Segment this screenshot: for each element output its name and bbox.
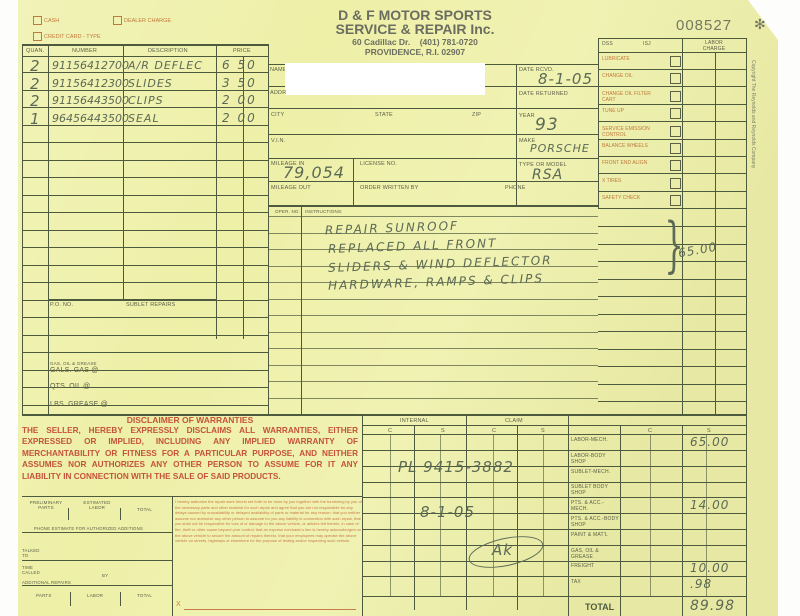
labor-charge-label: LABOR CHARGE — [696, 40, 732, 52]
service-checkbox[interactable] — [670, 73, 681, 84]
row-description: SLIDES — [128, 77, 173, 90]
service-item: BALANCE WHEELS — [602, 143, 660, 149]
company-header: D & F MOTOR SPORTS SERVICE & REPAIR Inc.… — [300, 8, 530, 57]
totals-row-label: GAS, OIL & GREASE — [571, 548, 619, 560]
service-item: CHANGE OIL — [602, 73, 660, 79]
license-label: LICENSE NO. — [360, 161, 397, 167]
col-number: NUMBER — [72, 48, 97, 54]
row-number: 91156412300 — [52, 77, 129, 90]
totals-row-value: 65.00 — [690, 435, 729, 449]
instructions-label: INSTRUCTIONS: — [305, 209, 343, 214]
gals-gas: GALS. GAS @ — [50, 367, 99, 374]
credit-card-checkbox[interactable] — [33, 32, 42, 41]
row-price: 6 50 — [222, 58, 257, 72]
parts-label: PARTS — [36, 593, 52, 598]
claim-label: CLAIM — [505, 418, 523, 424]
totals-row-label: LABOR-BODY SHOP — [571, 453, 619, 465]
service-item: LUBRICATE — [602, 56, 660, 62]
service-item: SAFETY CHECK — [602, 195, 660, 201]
initials-text: Ak — [492, 541, 513, 559]
addr-label: ADDR — [270, 90, 286, 96]
date-returned-label: DATE RETURNED — [519, 91, 568, 97]
year-label: YEAR — [519, 113, 535, 119]
totals-row-value: 14.00 — [690, 498, 729, 512]
sublet-label: SUBLET REPAIRS — [126, 302, 175, 308]
invoice-number: 008527 — [676, 17, 732, 34]
disclaimer-body: THE SELLER, HEREBY EXPRESSLY DISCLAIMS A… — [22, 425, 358, 482]
labor-label: LABOR — [87, 593, 103, 598]
company-address: 60 Cadillac Dr. — [352, 37, 410, 47]
company-phone: (401) 781-0720 — [420, 37, 478, 47]
service-checkbox[interactable] — [670, 108, 681, 119]
claim-s-label: S — [541, 428, 545, 434]
zip-label: ZIP — [472, 112, 481, 118]
row-price: 3 50 — [222, 76, 257, 90]
claim-note-2: 8-1-05 — [420, 503, 475, 521]
cash-checkbox[interactable] — [33, 16, 42, 25]
total-value: 89.98 — [690, 598, 735, 614]
make-value: PORSCHE — [530, 142, 590, 155]
state-label: STATE — [375, 112, 393, 118]
service-item: TUNE UP — [602, 108, 660, 114]
lbs-grease: LBS. GREASE @ — [50, 401, 108, 408]
phone-label: PHONE — [505, 185, 526, 191]
po-label: P.O. NO. — [50, 302, 73, 308]
totals-row-label: TAX — [571, 579, 619, 585]
claim-note-1: PL 9415-3882 — [398, 458, 514, 476]
estimate-total-label: TOTAL — [137, 507, 152, 512]
dss-label: DSS — [602, 41, 613, 47]
authorization-text: I hereby authorize the repair work herei… — [175, 499, 363, 544]
service-checkbox[interactable] — [670, 143, 681, 154]
total2-label: TOTAL — [137, 593, 152, 598]
totals-row-value: 10.00 — [690, 561, 729, 575]
phone-estimate-label: PHONE ESTIMATE FOR AUTHORIZED ADDITIONS — [34, 526, 143, 531]
copyright-side-text: Copyright The Reynolds and Reynolds Comp… — [750, 60, 756, 310]
disclaimer-box: DISCLAIMER OF WARRANTIES THE SELLER, HER… — [22, 415, 358, 482]
total-label: TOTAL — [585, 602, 614, 612]
gas-heading: GAS, OIL & GREASE — [50, 361, 97, 366]
isj-label: ISJ — [643, 41, 651, 47]
cash-label: CASH — [44, 18, 59, 24]
service-item: CHANGE OIL FILTER CART — [602, 91, 660, 103]
service-checkbox[interactable] — [670, 160, 681, 171]
mileage-in-value: 79,054 — [283, 163, 345, 182]
row-description: SEAL — [128, 112, 160, 125]
row-number: 91156443500 — [52, 94, 129, 107]
signature-x: X — [176, 601, 181, 608]
row-number: 91156412700 — [52, 59, 129, 72]
by-label: BY — [102, 573, 108, 578]
dealer-charge-checkbox[interactable] — [113, 16, 122, 25]
signature-line[interactable] — [184, 609, 356, 610]
totals-row-label: SUBLET-MECH. — [571, 469, 619, 475]
service-checkbox[interactable] — [670, 56, 681, 67]
int-s-label: S — [441, 428, 445, 434]
talked-to-label: TALKED TO — [22, 548, 42, 558]
totals-row-value: .98 — [690, 577, 712, 591]
service-checkbox[interactable] — [670, 91, 681, 102]
vin-label: V.I.N. — [271, 138, 285, 144]
time-called-label: TIME CALLED — [22, 565, 42, 575]
date-rcvd-value: 8-1-05 — [538, 70, 593, 88]
service-checkbox[interactable] — [670, 195, 681, 206]
service-checkbox[interactable] — [670, 126, 681, 137]
credit-card-label: CREDIT CARD - TYPE — [44, 34, 101, 40]
col-price: PRICE — [233, 48, 251, 54]
order-written-label: ORDER WRITTEN BY — [360, 185, 419, 191]
totals-row-label: PAINT & MAT'L — [571, 532, 619, 538]
qts-oil: QTS. OIL @ — [50, 383, 90, 390]
oper-no-label: OPER. NO. — [275, 209, 300, 214]
row-qty: 2 — [30, 75, 41, 93]
service-item: FRONT END ALIGN — [602, 160, 660, 166]
company-subtitle: SERVICE & REPAIR Inc. — [300, 22, 530, 37]
row-price: 2 00 — [222, 111, 257, 125]
int-c-label: C — [388, 428, 392, 434]
row-number: 96456443500 — [52, 112, 129, 125]
snowflake-icon: ✻ — [754, 16, 766, 33]
totals-c-label: C — [648, 428, 652, 434]
totals-row-label: PTS. & ACC.-BODY SHOP — [571, 516, 619, 528]
estimated-labor-label: ESTIMATED LABOR — [80, 500, 114, 510]
disclaimer-title: DISCLAIMER OF WARRANTIES — [22, 415, 358, 425]
service-checkbox[interactable] — [670, 178, 681, 189]
row-price: 2 00 — [222, 93, 257, 107]
model-value: RSA — [532, 167, 563, 183]
totals-row-label: FREIGHT — [571, 563, 619, 569]
row-qty: 2 — [30, 92, 41, 110]
dealer-charge-label: DEALER CHARGE — [124, 18, 171, 24]
row-description: A/R DEFLEC — [128, 59, 203, 72]
col-quan: QUAN. — [26, 48, 44, 54]
service-item: SERVICE EMISSION CONTROL — [602, 126, 660, 138]
service-item: X TIRES — [602, 178, 660, 184]
year-value: 93 — [535, 115, 559, 135]
company-name: D & F MOTOR SPORTS — [300, 8, 530, 22]
totals-row-label: LABOR-MECH. — [571, 437, 619, 443]
internal-label: INTERNAL — [400, 418, 429, 424]
row-qty: 1 — [30, 110, 41, 128]
row-qty: 2 — [30, 57, 41, 75]
totals-row-label: SUBLET BODY SHOP — [571, 484, 619, 496]
claim-c-label: C — [492, 428, 496, 434]
city-label: CITY — [271, 112, 284, 118]
col-description: DESCRIPTION — [148, 48, 188, 54]
totals-s-label: S — [707, 428, 711, 434]
row-description: CLIPS — [128, 94, 164, 107]
company-city: PROVIDENCE, R.I. 02907 — [300, 47, 530, 57]
redacted-name-address — [285, 63, 485, 95]
mileage-out-label: MILEAGE OUT — [271, 185, 311, 191]
preliminary-parts-label: PRELIMINARY PARTS — [28, 500, 64, 510]
totals-row-label: PTS. & ACC.-MECH. — [571, 500, 619, 512]
